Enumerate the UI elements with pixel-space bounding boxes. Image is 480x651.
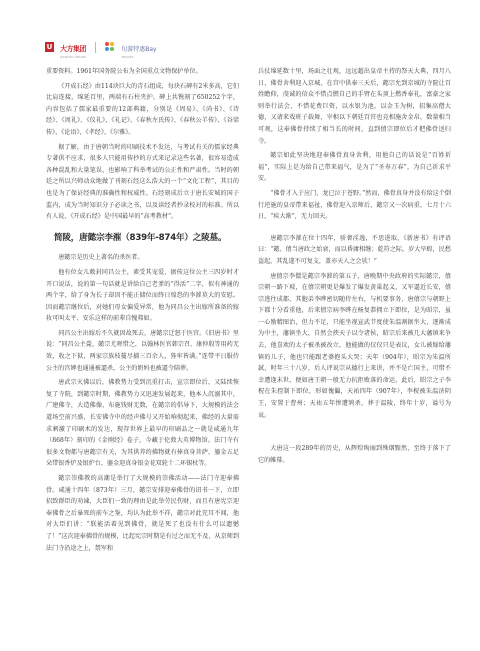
page-header: U 大方集团 DAFANG GROUP 旬游特惠Bay TRAVEL	[45, 40, 157, 54]
pinwheel-logo-icon	[105, 42, 115, 52]
paragraph: 据了解，由于唐朝当时的印刷技术不发达，与考试有关的儒家经典专著供不应求，很多人只…	[46, 142, 239, 223]
paragraph: 他有位女儿敕封同昌公主，素受其宠爱，据传这位公主三四岁时才开口说话，说的第一句话…	[46, 267, 239, 325]
paragraph: “佛骨才入于应门，龙已泣于苍野。”然而，佛骨真身并没有给这个倒行逆施的皇帝带来福…	[258, 188, 451, 223]
paragraph: 懿宗崇佛教的高潮是举行了大规模的崇佛活动——法门寺迎奉佛骨。咸通十四年（873年…	[46, 473, 239, 554]
paragraph: 重要资料。1961年国务院公布为全国重点文物保护单位。	[46, 66, 239, 78]
travel-logo: 旬游特惠Bay TRAVEL	[121, 36, 156, 59]
paragraph: 大唐这一段289年的历史，从辉煌绚丽到殊烟黯然，至终于落下了它的帷幕。	[258, 443, 451, 466]
travel-logo-subtext: TRAVEL	[121, 55, 156, 59]
paragraph: 唐懿宗李漼在位十四年，骄奢淫逸，不思进取，《新唐书》有评语曰：“懿、僖当唐政之始…	[258, 233, 451, 268]
paragraph: 同昌公主出嫁后不久就因故死去，唐懿宗迁怒于医官。《旧唐书》里说：“同昌公主薨，懿…	[46, 328, 239, 374]
dafang-logo-icon: U	[45, 42, 54, 52]
paragraph: 兵仗绵延数十里，场面之壮观，远远超出皇帝主持的祭天大典，四月八日，佛骨舍利迎入京…	[258, 66, 451, 147]
paragraph: 唐武宗灭佛以后，佛教势力受到沉重打击，宣宗即位后，又陆续恢复了寺院，到懿宗时期，…	[46, 377, 239, 470]
dafang-logo-text: 大方集团	[60, 45, 86, 53]
left-column: 重要资料。1961年国务院公布为全国重点文物保护单位。 《开成石经》由114块巨…	[46, 66, 239, 557]
right-column: 兵仗绵延数十里，场面之壮观，远远超出皇帝主持的祭天大典，四月八日，佛骨舍利迎入京…	[258, 66, 451, 469]
paragraph: 懿宗如此坚决地迎奉佛骨真身舍利，用他自己的话说是“百姓祈福”，实际上是为给自己带…	[258, 150, 451, 185]
paragraph: 唐僖宗李儇是懿宗李漼的第五子，唐晚期中央政府的实际懿宗，僖宗朝一路下坡，在僖宗朝…	[258, 271, 451, 422]
paragraph: 唐懿宗是历史上著名的杀医者。	[46, 252, 239, 264]
logo-divider	[95, 42, 96, 53]
dafang-logo-subtext: DAFANG GROUP	[60, 55, 86, 59]
paragraph: 《开成石经》由114块巨大的青石组成，每块石碑有2米多高，它们比肩连接，绵延百里…	[46, 81, 239, 139]
dafang-logo: 大方集团 DAFANG GROUP	[60, 36, 86, 59]
section-heading: 简陵，唐懿宗李漼（839年-874年）之陵墓。	[54, 233, 239, 245]
travel-logo-text: 旬游特惠Bay	[121, 46, 156, 53]
